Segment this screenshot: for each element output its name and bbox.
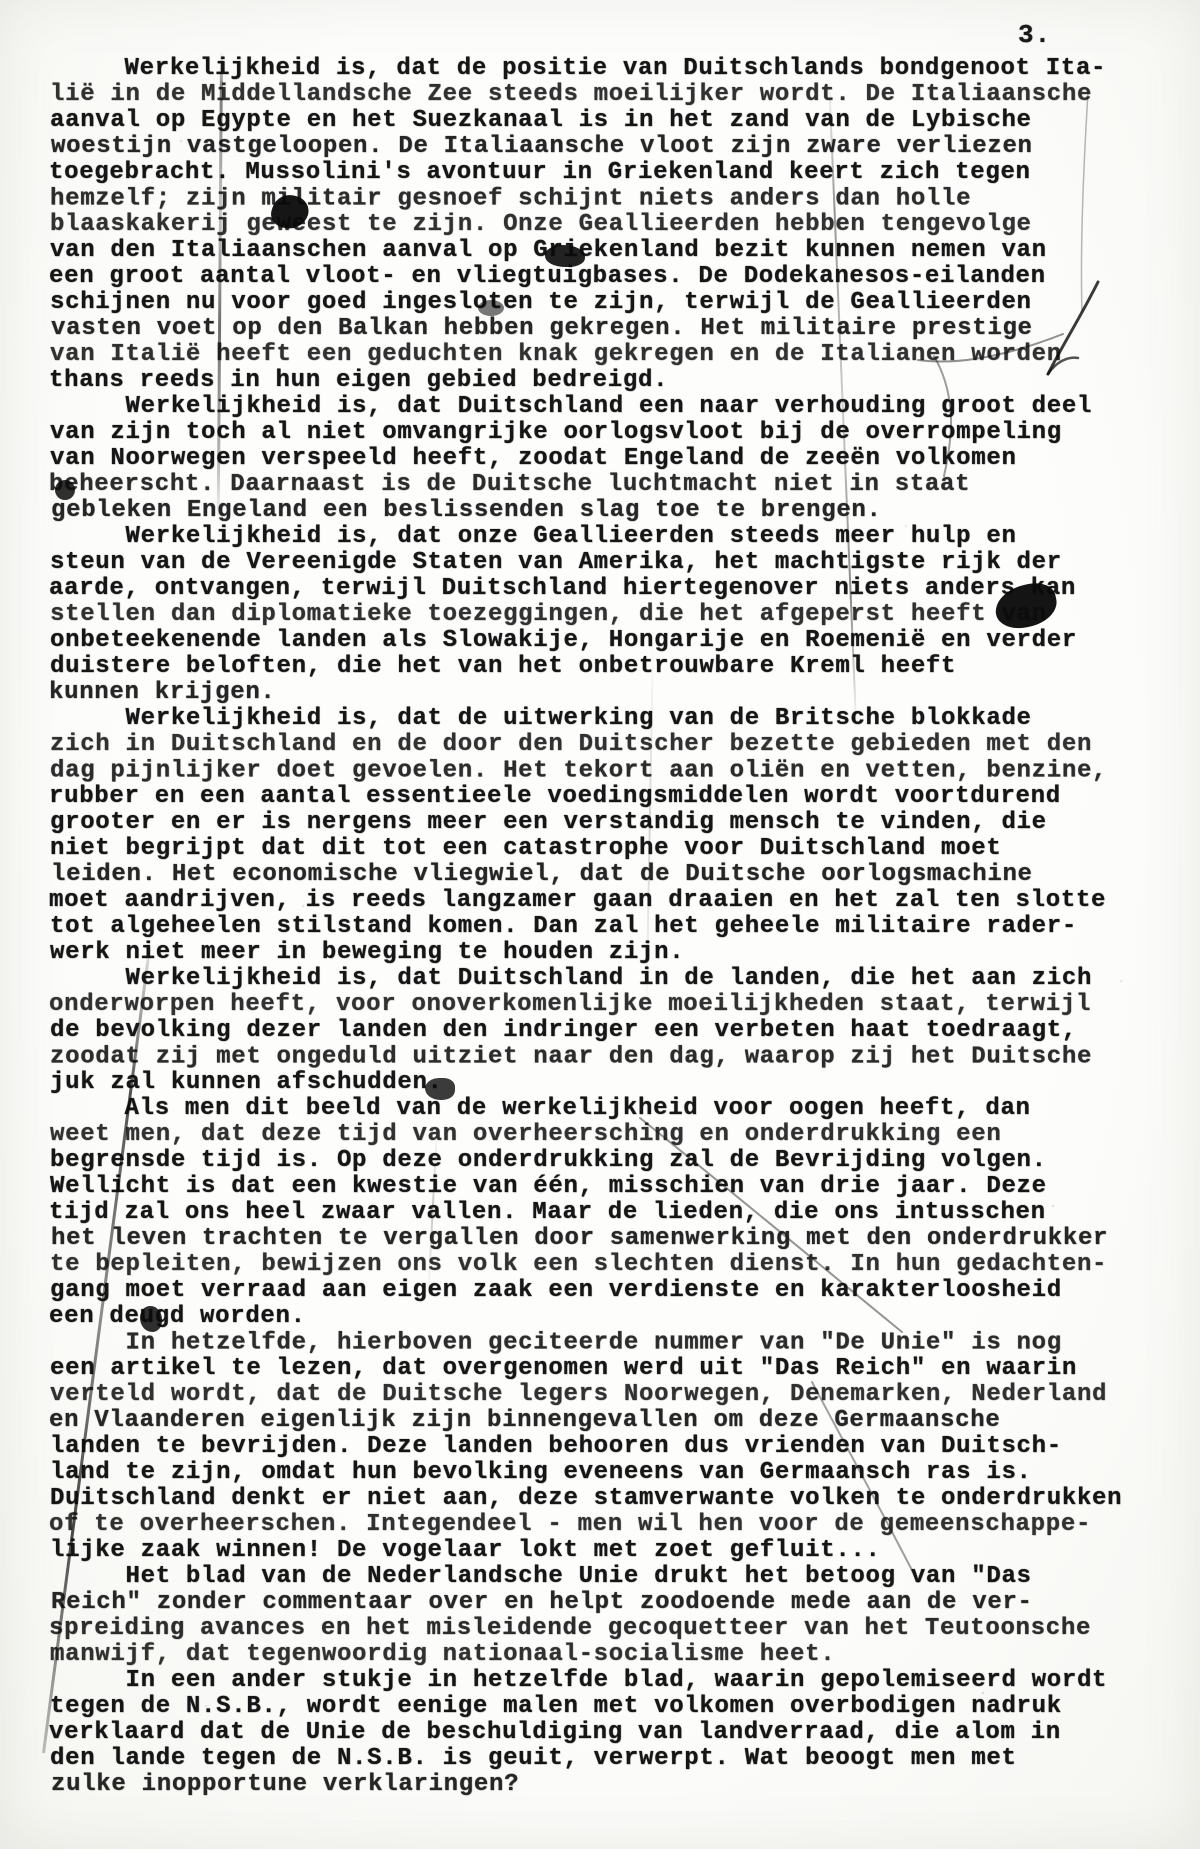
text-line: aanval op Egypte en het Suezkanaal is in…: [50, 108, 1190, 134]
text-line: zoodat zij met ongeduld uitziet naar den…: [50, 1045, 1190, 1071]
text-line: verklaard dat de Unie de beschuldiging v…: [49, 1720, 1189, 1746]
text-line: stellen dan diplomatieke toezeggingen, d…: [50, 602, 1190, 628]
text-line: werk niet meer in beweging te houden zij…: [50, 940, 1190, 966]
text-line: en Vlaanderen eigenlijk zijn binnengeval…: [49, 1408, 1189, 1434]
text-line: tot algeheelen stilstand komen. Dan zal …: [50, 914, 1190, 940]
text-line: Het blad van de Nederlandsche Unie drukt…: [50, 1564, 1190, 1590]
text-line: onderworpen heeft, voor onoverkomenlijke…: [49, 992, 1189, 1018]
text-line: verteld wordt, dat de Duitsche legers No…: [50, 1382, 1190, 1408]
text-line: weet men, dat deze tijd van overheerschi…: [50, 1122, 1190, 1148]
text-line: grooter en er is nergens meer een versta…: [50, 810, 1190, 836]
text-line: land te zijn, omdat hun bevolking evenee…: [50, 1460, 1190, 1486]
text-line: aarde, ontvangen, terwijl Duitschland hi…: [49, 576, 1189, 602]
text-line: begrensde tijd is. Op deze onderdrukking…: [50, 1148, 1190, 1174]
text-line: In een ander stukje in hetzelfde blad, w…: [50, 1668, 1190, 1694]
text-line: een groot aantal vloot- en vliegtuigbase…: [49, 264, 1189, 290]
text-line: een deugd worden.: [49, 1304, 1189, 1330]
text-line: de bevolking dezer landen den indringer …: [50, 1018, 1190, 1044]
text-line: gang moet verraad aan eigen zaak een ver…: [50, 1278, 1190, 1304]
text-line: te bepleiten, bewijzen ons volk een slec…: [50, 1252, 1190, 1278]
text-line: hemzelf; zijn militair gesnoef schijnt n…: [50, 187, 1190, 213]
text-line: schijnen nu voor goed ingesloten te zijn…: [50, 290, 1190, 316]
text-line: Werkelijkheid is, dat Duitschland een na…: [50, 394, 1190, 420]
text-line: kunnen krijgen.: [49, 680, 1189, 706]
text-line: vasten voet op den Balkan hebben gekrege…: [51, 316, 1191, 342]
text-line: lijke zaak winnen! De vogelaar lokt met …: [50, 1538, 1190, 1564]
text-line: duistere beloften, die het van het onbet…: [50, 654, 1190, 680]
text-line: van den Italiaanschen aanval op Griekenl…: [50, 238, 1190, 264]
text-line: thans reeds in hun eigen gebied bedreigd…: [49, 368, 1189, 394]
text-line: juk zal kunnen afschudden.: [50, 1070, 1190, 1096]
scanned-document-page: 3. Werkelijkheid is, dat de positie van …: [0, 0, 1200, 1849]
text-line: niet begrijpt dat dit tot een catastroph…: [50, 836, 1190, 862]
text-line: dag pijnlijker doet gevoelen. Het tekort…: [50, 759, 1190, 785]
text-line: Werkelijkheid is, dat de positie van Dui…: [49, 56, 1189, 82]
text-line: Reich" zonder commentaar over en helpt z…: [51, 1590, 1191, 1616]
text-line: Werkelijkheid is, dat Duitschland in de …: [50, 966, 1190, 992]
text-line: van zijn toch al niet omvangrijke oorlog…: [50, 420, 1190, 446]
text-line: van Italië heeft een geduchten knak gekr…: [50, 342, 1190, 368]
text-line: van Noorwegen verspeeld heeft, zoodat En…: [50, 446, 1190, 472]
text-line: leiden. Het economische vliegwiel, dat d…: [51, 862, 1191, 888]
page-number: 3.: [1018, 20, 1051, 50]
text-line: toegebracht. Mussolini's avontuur in Gri…: [49, 160, 1189, 186]
text-line: spreiding avances en het misleidende gec…: [49, 1616, 1189, 1642]
text-line: Wellicht is dat een kwestie van één, mis…: [50, 1174, 1190, 1200]
document-lines: Werkelijkheid is, dat de positie van Dui…: [50, 56, 1190, 1798]
text-line: tijd zal ons heel zwaar vallen. Maar de …: [49, 1200, 1189, 1226]
text-line: landen te bevrijden. Deze landen behoore…: [50, 1434, 1190, 1460]
text-line: het leven trachten te vergallen door sam…: [51, 1226, 1191, 1252]
text-line: blaaskakerij geweest te zijn. Onze Geall…: [50, 212, 1190, 238]
text-line: manwijf, dat tegenwoordig nationaal-soci…: [50, 1642, 1190, 1668]
text-line: Werkelijkheid is, dat de uitwerking van …: [50, 706, 1190, 732]
text-line: zich in Duitschland en de door den Duits…: [50, 732, 1190, 758]
scan-speckles: [0, 0, 2, 2]
text-line: rubber en een aantal essentieele voeding…: [49, 784, 1189, 810]
text-line: lië in de Middellandsche Zee steeds moei…: [50, 82, 1190, 108]
text-line: Duitschland denkt er niet aan, deze stam…: [50, 1486, 1190, 1512]
text-line: zulke inopportune verklaringen?: [51, 1772, 1191, 1798]
text-line: onbeteekenende landen als Slowakije, Hon…: [50, 628, 1190, 654]
text-line: den lande tegen de N.S.B. is geuit, verw…: [50, 1746, 1190, 1772]
text-line: Als men dit beeld van de werkelijkheid v…: [49, 1096, 1189, 1122]
text-line: of te overheerschen. Integendeel - men w…: [49, 1512, 1189, 1538]
text-line: tegen de N.S.B., wordt eenige malen met …: [50, 1694, 1190, 1720]
text-line: beheerscht. Daarnaast is de Duitsche luc…: [49, 472, 1189, 498]
text-line: steun van de Vereenigde Staten van Ameri…: [50, 550, 1190, 576]
text-line: gebleken Engeland een beslissenden slag …: [51, 498, 1191, 524]
text-line: Werkelijkheid is, dat onze Geallieerden …: [50, 524, 1190, 550]
text-line: een artikel te lezen, dat overgenomen we…: [50, 1356, 1190, 1382]
text-line: In hetzelfde, hierboven geciteerde numme…: [50, 1331, 1190, 1357]
text-line: moet aandrijven, is reeds langzamer gaan…: [49, 888, 1189, 914]
text-line: woestijn vastgeloopen. De Italiaansche v…: [51, 134, 1191, 160]
